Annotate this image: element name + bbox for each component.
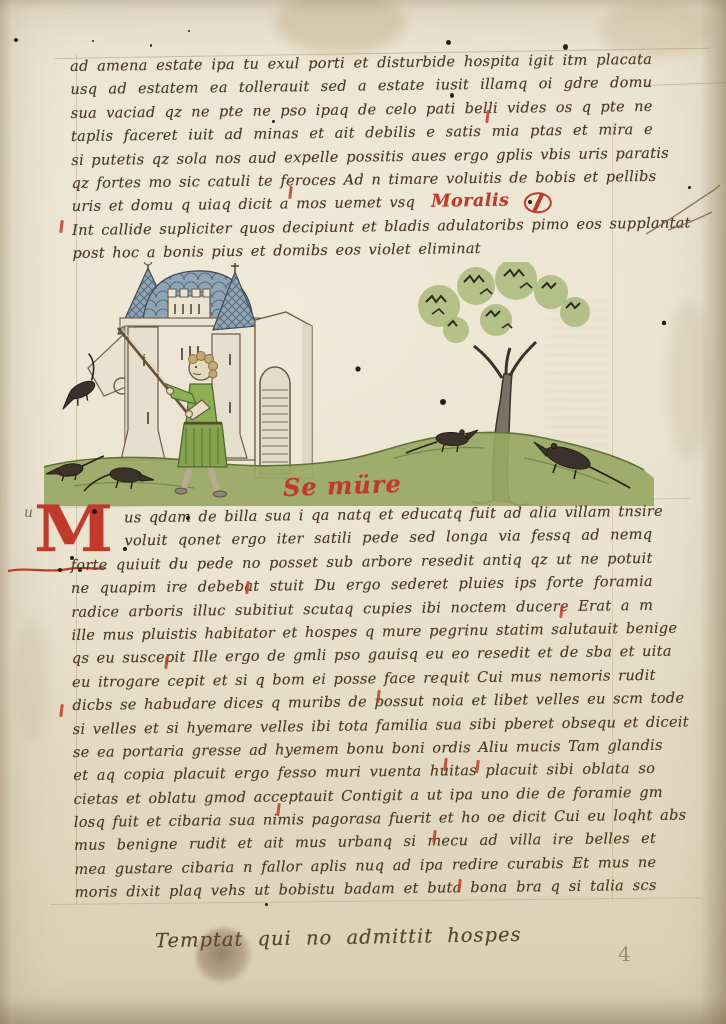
rubrication-mark (59, 220, 64, 233)
paragraph-1: ad amena estate ipa tu exul porti et dis… (70, 49, 655, 267)
stain (275, 0, 405, 54)
arched-door (260, 367, 290, 474)
illustration-caption-rubric: Se müre (283, 469, 403, 502)
roof-finial-cross (231, 263, 239, 272)
tree-foliage (418, 262, 590, 343)
page-edge-shadow (0, 0, 726, 10)
red-paraph-ornament-icon (523, 192, 551, 213)
pilaster (121, 327, 165, 460)
manuscript-page: ad amena estate ipa tu exul porti et dis… (0, 0, 726, 1024)
page-edge-shadow (0, 0, 12, 1024)
wormhole-speck (14, 38, 18, 42)
ink-blot-stain (196, 928, 252, 984)
stain (16, 620, 48, 740)
miniature-illustration (44, 262, 668, 506)
pen-flourish (640, 182, 722, 240)
wormhole (355, 366, 360, 371)
wormhole (662, 321, 666, 325)
stain (668, 300, 710, 460)
wormhole-speck (265, 903, 268, 906)
hand (186, 411, 193, 418)
paragraph-2: us qdam de billa sua i qa natq et educat… (70, 501, 657, 906)
wormhole (440, 399, 446, 405)
wormhole-speck (92, 40, 94, 42)
wormhole-speck (446, 40, 451, 45)
hand (167, 388, 174, 395)
wormhole-speck (150, 44, 152, 47)
roof-finial-ball (144, 262, 152, 265)
eye (195, 366, 197, 368)
shoe (175, 488, 187, 494)
annex-building (255, 312, 312, 478)
margin-quire-mark: u (24, 505, 33, 521)
moralis-rubric-label: Moralis (431, 191, 510, 212)
folio-number: 4 (618, 942, 631, 966)
page-edge-shadow (0, 998, 726, 1024)
page-edge-shadow (700, 0, 726, 1024)
wormhole-speck (188, 30, 190, 32)
ruling-line (645, 82, 726, 86)
shoe (214, 491, 227, 497)
rubrication-mark (59, 704, 64, 717)
